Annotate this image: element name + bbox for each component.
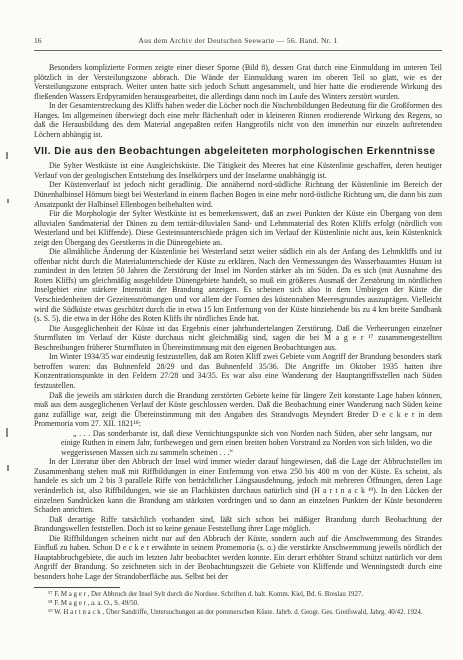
body-paragraph: Der Küstenverlauf ist jedoch nicht gerad… — [34, 180, 442, 209]
body-paragraph: Die Sylter Westküste ist eine Ausgleichs… — [34, 161, 442, 180]
section-heading: VII. Die aus den Beobachtungen abgeleite… — [34, 146, 442, 157]
scan-artifact — [6, 152, 8, 159]
body-text: Besonders komplizierte Formen zeigte ein… — [34, 63, 442, 581]
scan-artifact — [6, 428, 8, 437]
body-paragraph: Die Riffbildungen scheinen nicht nur auf… — [34, 534, 442, 582]
body-paragraph: In der Literatur über den Abbruch der In… — [34, 457, 442, 514]
body-paragraph: Die allmähliche Änderung der Küstenlinie… — [34, 247, 442, 323]
body-paragraph: Besonders komplizierte Formen zeigte ein… — [34, 63, 442, 101]
footnote: ¹⁹ W. H a r t n a c k , Über Sandriffe, … — [34, 609, 442, 618]
body-paragraph: In der Gesamterstreckung des Kliffs habe… — [34, 101, 442, 139]
footnote-rule — [34, 587, 120, 588]
body-paragraph: Daß derartige Riffe tatsächlich vorhande… — [34, 515, 442, 534]
footnote: ¹⁷ F. M a g e r , Der Abbruch der Insel … — [34, 591, 442, 600]
page-header: 16 Aus dem Archiv der Deutschen Seewarte… — [34, 36, 442, 47]
header-rule — [34, 50, 442, 51]
body-paragraph: Für die Morphologie der Sylter Westküste… — [34, 209, 442, 247]
body-paragraph: Daß die jeweils am stärksten durch die B… — [34, 391, 442, 429]
scan-artifact — [7, 199, 9, 203]
scan-artifact — [7, 465, 9, 471]
page-number: 16 — [34, 36, 42, 45]
block-quote: „ . . . Das sonderbarste ist, daß diese … — [61, 429, 432, 458]
document-page: 16 Aus dem Archiv der Deutschen Seewarte… — [0, 0, 463, 660]
footnote: ¹⁸ F. M a g e r , a. a. O., S. 49/50. — [34, 600, 442, 609]
body-paragraph: Die Ausgeglichenheit der Küste ist das E… — [34, 324, 442, 353]
running-title: Aus dem Archiv der Deutschen Seewarte — … — [34, 36, 442, 45]
body-paragraph: Im Winter 1934/35 war eindeutig festzust… — [34, 352, 442, 390]
footnotes: ¹⁷ F. M a g e r , Der Abbruch der Insel … — [34, 591, 442, 617]
